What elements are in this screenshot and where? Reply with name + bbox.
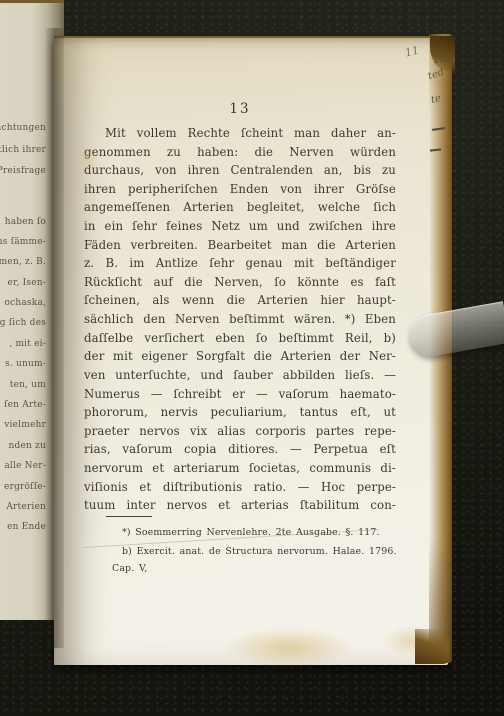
edge-mark-19: 19 [432,51,448,66]
book-photograph-scene: achtungenſichtlich ihrerr Preisfragehabe… [0,0,504,716]
gutter-shadow [44,28,64,648]
body-text-line: Mit vollem Rechte ſcheint man daher an- [84,124,396,143]
left-page-text-fragment: ns ſämme- [0,232,46,252]
footnotes: *) Soemmerring Nervenlehre. 2te Ausgabe.… [122,524,432,576]
left-page-fragments: achtungenſichtlich ihrerr Preisfragehabe… [0,118,46,538]
footnote-line: Cap. V, [112,562,432,576]
footnote-separator [106,516,152,517]
footnote-line: b) Exercit. anat. de Structura nervorum.… [122,543,432,562]
left-page-text-fragment: ſen Arte- [0,395,46,415]
left-page-text-fragment: g ſich des [0,313,46,333]
fore-edge-bottom-corner [415,629,449,664]
left-page-text-fragment: ergröſſe- [0,477,46,497]
left-page-text-fragment: , mit ei- [0,334,46,354]
left-page-text-fragment: alle Ner- [0,456,46,476]
left-page-text-fragment: haben ſo [0,212,46,232]
body-text-line: rias, vaſorum copia ditiores. — Perpetua… [84,440,396,459]
body-text-line: nervorum et arteriarum ſocietas, communi… [84,459,396,478]
left-page-text-fragment: Arterien [0,497,46,517]
body-text-line: ſcheinen, als wenn die Arterien hier hau… [84,291,396,310]
left-page-text-fragment: ſichtlich ihrer [0,140,46,162]
body-text-line: Fäden verbreiten. Bearbeitet man die Art… [84,236,396,255]
left-page-text-fragment: ten, um [0,375,46,395]
page-number: 13 [84,101,396,117]
body-text-line: viſionis et diſtributionis ratio. — Hoc … [84,478,396,497]
body-text-line: angemeſſenen Arterien begleitet, welche … [84,198,396,217]
paper-stain [224,628,354,668]
body-text-line: sächlich den Nerven beſtimmt wären. *) E… [84,310,396,329]
body-text-line: z. B. im Antlize ſehr genau mit beſtändi… [84,254,396,273]
left-page-text-fragment: r Preisfrage [0,161,46,183]
body-text-line: praeter nervos vix alias corporis partes… [84,422,396,441]
body-text-line: Rückſicht auf die Nerven, ſo könnte es f… [84,273,396,292]
body-text-line: durchaus, von ihren Centralenden an, bis… [84,161,396,180]
left-page-text-fragment: nden zu [0,436,46,456]
left-page-text-fragment: en Ende [0,517,46,537]
body-text-line: Numerus — ſchreibt er — vaſorum haemato- [84,385,396,404]
body-text-line: genommen zu haben: die Nerven würden [84,143,396,162]
body-text-line: ihren peripheriſchen Enden von ihrer Grö… [84,180,396,199]
body-text-line: phororum, nervis peculiarium, tantus eſt… [84,403,396,422]
left-page-text-fragment: achtungen [0,118,46,140]
body-text-line: in ein ſehr feines Netz um und zwiſchen … [84,217,396,236]
left-page-text-fragment: s. unum- [0,354,46,374]
body-text-line: ven unterſuchte, und ſauber abbilden lie… [84,366,396,385]
left-page-text-fragment: er, Isen- [0,273,46,293]
footnote-line: *) Soemmerring Nervenlehre. 2te Ausgabe.… [122,524,432,543]
body-text-line: der mit eigener Sorgfalt die Arterien de… [84,347,396,366]
left-page-text-fragment: ochaska, [0,293,46,313]
left-page-text-fragment: men, z. B. [0,252,46,272]
body-text-line: tuum inter nervos et arterias ſtabilitum… [84,496,396,515]
book-page: 13 Mit vollem Rechte ſcheint man daher a… [54,36,448,665]
body-text-line: daſſelbe verſichert eben ſo beſtimmt Rei… [84,329,396,348]
left-page-text-fragment: vielmehr [0,415,46,435]
body-text: Mit vollem Rechte ſcheint man daher an-g… [84,124,396,515]
